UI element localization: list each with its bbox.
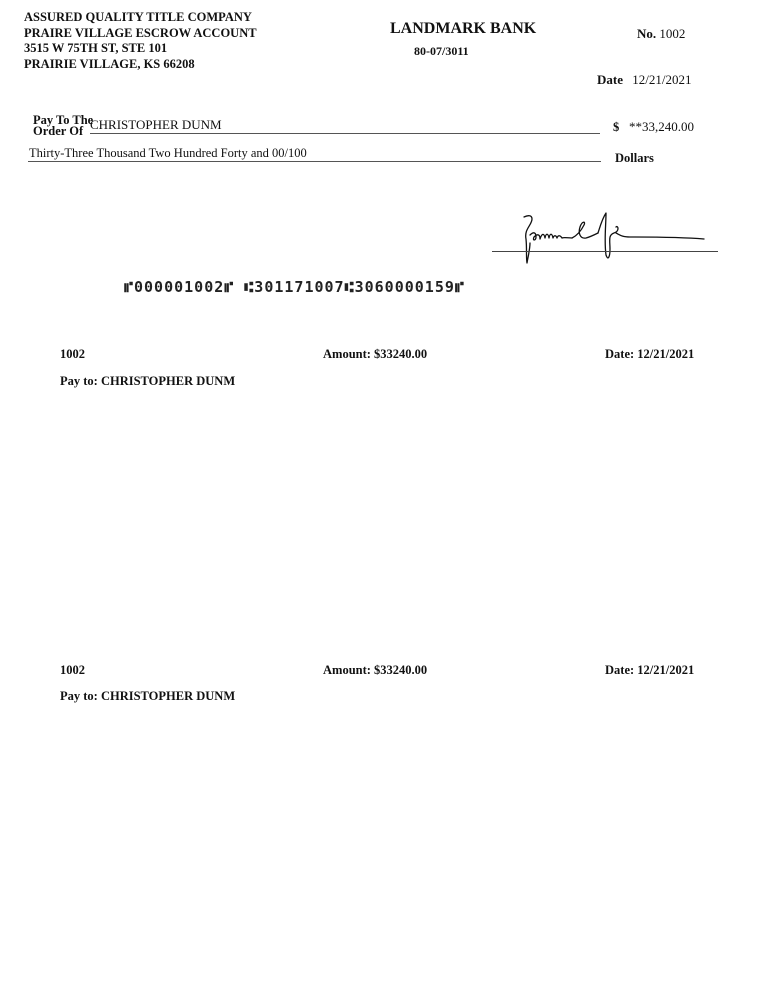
signature-line bbox=[492, 251, 718, 252]
check-number: No. 1002 bbox=[637, 26, 685, 42]
stub-payto: Pay to: CHRISTOPHER DUNM bbox=[60, 689, 235, 704]
stub-date: Date: 12/21/2021 bbox=[605, 347, 694, 362]
amount-numeric: **33,240.00 bbox=[629, 119, 694, 135]
company-account: PRAIRE VILLAGE ESCROW ACCOUNT bbox=[24, 26, 257, 42]
check-number-label: No. bbox=[637, 26, 656, 41]
company-address-line1: 3515 W 75TH ST, STE 101 bbox=[24, 41, 257, 57]
stub-check-number: 1002 bbox=[60, 663, 85, 678]
dollar-sign: $ bbox=[613, 120, 619, 135]
stub-amount: Amount: $33240.00 bbox=[323, 347, 427, 362]
payee-underline bbox=[90, 133, 600, 134]
stub-payto: Pay to: CHRISTOPHER DUNM bbox=[60, 374, 235, 389]
company-address-line2: PRAIRIE VILLAGE, KS 66208 bbox=[24, 57, 257, 73]
payto-label: Pay To The Order Of bbox=[33, 115, 93, 137]
date-label: Date bbox=[597, 72, 623, 87]
signature-icon bbox=[490, 205, 720, 270]
amount-words-underline bbox=[28, 161, 601, 162]
amount-words: Thirty-Three Thousand Two Hundred Forty … bbox=[29, 146, 307, 161]
check-date: Date 12/21/2021 bbox=[597, 72, 691, 88]
company-name: ASSURED QUALITY TITLE COMPANY bbox=[24, 10, 257, 26]
stub-amount: Amount: $33240.00 bbox=[323, 663, 427, 678]
stub-check-number: 1002 bbox=[60, 347, 85, 362]
payee-name: CHRISTOPHER DUNM bbox=[90, 117, 222, 133]
check-number-value: 1002 bbox=[659, 26, 685, 41]
company-block: ASSURED QUALITY TITLE COMPANY PRAIRE VIL… bbox=[24, 10, 257, 72]
bank-name: LANDMARK BANK bbox=[390, 20, 536, 38]
payto-label-line2: Order Of bbox=[33, 126, 93, 137]
dollars-label: Dollars bbox=[615, 151, 654, 166]
routing-fraction: 80-07/3011 bbox=[414, 44, 469, 59]
micr-line: ⑈000001002⑈ ⑆301171007⑆3060000159⑈ bbox=[124, 278, 465, 296]
stub-date: Date: 12/21/2021 bbox=[605, 663, 694, 678]
date-value: 12/21/2021 bbox=[632, 72, 691, 87]
